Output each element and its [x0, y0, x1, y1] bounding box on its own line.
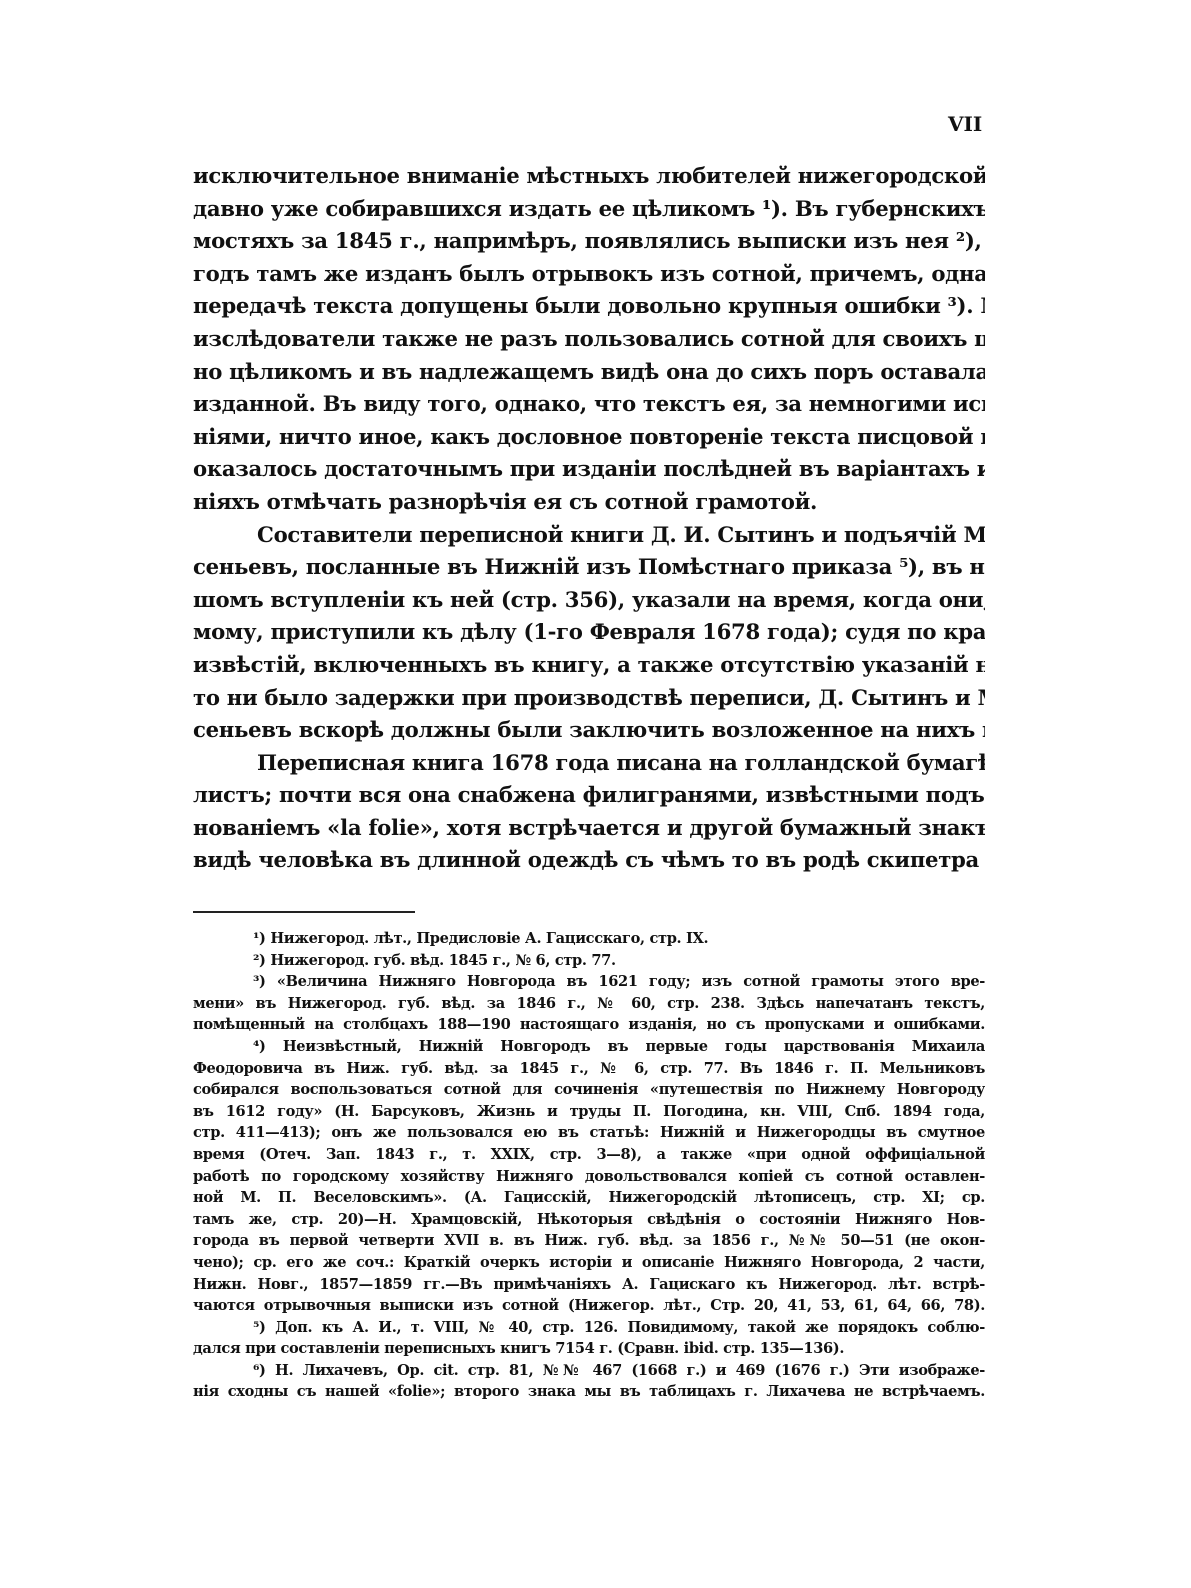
footnote-line: работѣ по городскому хозяйству Нижняго д… — [193, 1166, 985, 1188]
paragraph-start-line: Составители переписной книги Д. И. Сытин… — [193, 519, 985, 552]
text-line: исключительное вниманіе мѣстныхъ любител… — [193, 160, 985, 193]
text-line: сеньевъ вскорѣ должны были заключить воз… — [193, 714, 985, 747]
footnote-6: ⁶) Н. Лихачевъ, Op. cit. стр. 81, №№ 467… — [193, 1360, 985, 1382]
footnote-4: ⁴) Неизвѣстный, Нижній Новгородъ въ перв… — [193, 1036, 985, 1058]
footnote-line: время (Отеч. Зап. 1843 г., т. XXIX, стр.… — [193, 1144, 985, 1166]
footnote-line: нія сходны съ нашей «folie»; второго зна… — [193, 1381, 985, 1403]
text-line: извѣстій, включенныхъ въ книгу, а также … — [193, 649, 985, 682]
text-line: мостяхъ за 1845 г., напримѣръ, появлялис… — [193, 225, 985, 258]
footnote-line: собирался воспользоваться сотной для соч… — [193, 1079, 985, 1101]
main-text: исключительное вниманіе мѣстныхъ любител… — [193, 160, 985, 877]
footnote-line: Нижн. Новг., 1857—1859 гг.—Въ примѣчанія… — [193, 1274, 985, 1296]
text-line: но цѣликомъ и въ надлежащемъ видѣ она до… — [193, 356, 985, 389]
text-line: передачѣ текста допущены были довольно к… — [193, 290, 985, 323]
page-number: VII — [948, 112, 982, 136]
text-line: видѣ человѣка въ длинной одеждѣ съ чѣмъ … — [193, 844, 985, 877]
footnote-line: чаются отрывочныя выписки изъ сотной (Ни… — [193, 1295, 985, 1317]
footnote-line: Феодоровича въ Ниж. губ. вѣд. за 1845 г.… — [193, 1058, 985, 1080]
footnote-line: тамъ же, стр. 20)—Н. Храмцовскій, Нѣкото… — [193, 1209, 985, 1231]
text-line: оказалось достаточнымъ при изданіи послѣ… — [193, 453, 985, 486]
footnote-line: въ 1612 году» (Н. Барсуковъ, Жизнь и тру… — [193, 1101, 985, 1123]
footnote-line: ной М. П. Веселовскимъ». (А. Гацисскій, … — [193, 1187, 985, 1209]
text-line: шомъ вступленіи къ ней (стр. 356), указа… — [193, 584, 985, 617]
footnote-separator — [193, 911, 415, 913]
footnote-line: дался при составленіи переписныхъ книгъ … — [193, 1338, 985, 1360]
footnote-line: города въ первой четверти XVII в. въ Ниж… — [193, 1230, 985, 1252]
text-line: изслѣдователи также не разъ пользовались… — [193, 323, 985, 356]
footnote-line: стр. 411—413); онъ же пользовался ею въ … — [193, 1122, 985, 1144]
text-line: то ни было задержки при производствѣ пер… — [193, 682, 985, 715]
paragraph-start-line: Переписная книга 1678 года писана на гол… — [193, 747, 985, 780]
text-line: листъ; почти вся она снабжена филиграням… — [193, 779, 985, 812]
footnotes: ¹) Нижегород. лѣт., Предисловіе А. Гацис… — [193, 928, 985, 1403]
text-line: давно уже собиравшихся издать ее цѣликом… — [193, 193, 985, 226]
footnote-3: ³) «Величина Нижняго Новгорода въ 1621 г… — [193, 971, 985, 993]
text-line: мому, приступили къ дѣлу (1-го Февраля 1… — [193, 616, 985, 649]
footnote-line: чено); ср. его же соч.: Краткій очеркъ и… — [193, 1252, 985, 1274]
text-line: ніяхъ отмѣчать разнорѣчія ея съ сотной г… — [193, 486, 985, 519]
footnote-line: мени» въ Нижегород. губ. вѣд. за 1846 г.… — [193, 993, 985, 1015]
scanned-book-page: VII исключительное вниманіе мѣстныхъ люб… — [0, 0, 1191, 1588]
footnote-1: ¹) Нижегород. лѣт., Предисловіе А. Гацис… — [193, 928, 985, 950]
text-line: нованіемъ «la folie», хотя встрѣчается и… — [193, 812, 985, 845]
text-line: годъ тамъ же изданъ былъ отрывокъ изъ со… — [193, 258, 985, 291]
text-line: ніями, ничто иное, какъ дословное повтор… — [193, 421, 985, 454]
text-line: сеньевъ, посланные въ Нижній изъ Помѣстн… — [193, 551, 985, 584]
footnote-2: ²) Нижегород. губ. вѣд. 1845 г., № 6, ст… — [193, 950, 985, 972]
footnote-5: ⁵) Доп. къ А. И., т. VIII, № 40, стр. 12… — [193, 1317, 985, 1339]
text-line: изданной. Въ виду того, однако, что текс… — [193, 388, 985, 421]
footnote-line: помѣщенный на столбцахъ 188—190 настояща… — [193, 1014, 985, 1036]
